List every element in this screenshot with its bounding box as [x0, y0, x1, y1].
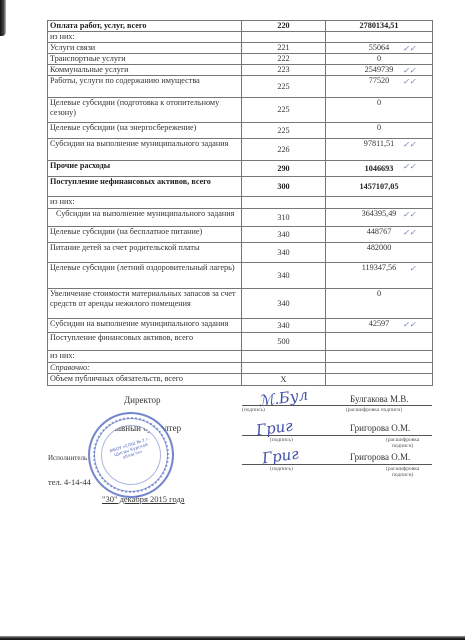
row-code: 290: [242, 161, 326, 177]
row-value: 77520✓✓: [326, 76, 433, 98]
executor-decode-caption: (расшифровка подписи): [386, 466, 419, 478]
row-value-text: 2549739: [365, 65, 394, 74]
executor-title: Исполнитель: [48, 454, 87, 462]
director-signature-caption: (подпись): [242, 407, 265, 413]
row-value-text: 2780134,51: [360, 21, 399, 30]
row-label: из них:: [48, 197, 242, 209]
table-row: Прочие расходы2901046693✓✓: [48, 161, 433, 177]
director-name: Булгакова М.В.: [350, 394, 409, 404]
row-label: Оплата работ, услуг, всего: [48, 21, 242, 32]
row-value: 2780134,51: [326, 21, 433, 32]
row-value: 2549739✓✓: [326, 65, 433, 76]
director-title: Директор: [124, 395, 161, 405]
table-row: из них:: [48, 197, 433, 209]
chief-accountant-signature-line: [242, 435, 432, 436]
checkmark-icon: ✓✓: [403, 320, 416, 330]
row-value-text: 1457107,05: [360, 182, 399, 191]
row-code: X: [242, 374, 326, 386]
row-value: [326, 351, 433, 363]
row-value-text: 55064: [369, 43, 389, 52]
row-value: [326, 374, 433, 386]
row-value: 0: [326, 289, 433, 319]
row-code: 225: [242, 98, 326, 123]
row-value-text: 97811,51: [364, 139, 394, 148]
table-row: Целевые субсидии (летний оздоровительный…: [48, 263, 433, 289]
row-label: Питание детей за счет родительской платы: [48, 243, 242, 263]
row-value-text: 448767: [367, 227, 392, 236]
table-row: Коммунальные услуги2232549739✓✓: [48, 65, 433, 76]
row-value: 55064✓✓: [326, 43, 433, 54]
row-label: Объем публичных обязательств, всего: [48, 374, 242, 386]
checkmark-icon: ✓✓: [403, 210, 416, 220]
table-row: Поступление нефинансовых активов, всего3…: [48, 177, 433, 197]
row-value-text: 77520: [369, 76, 389, 85]
row-value: [326, 363, 433, 374]
checkmark-icon: ✓✓: [403, 77, 416, 87]
table-row: Справочно:: [48, 363, 433, 374]
row-label: Целевые субсидии (на энергосбережение): [48, 123, 242, 139]
row-label: Поступление финансовых активов, всего: [48, 333, 242, 351]
table-row: Оплата работ, услуг, всего2202780134,51: [48, 21, 433, 32]
row-code: 340: [242, 289, 326, 319]
row-label: из них:: [48, 351, 242, 363]
checkmark-icon: ✓✓: [403, 140, 416, 150]
row-code: 340: [242, 227, 326, 243]
director-signature-line: [242, 405, 432, 406]
row-value: 1457107,05: [326, 177, 433, 197]
row-value: 482000: [326, 243, 433, 263]
row-value-text: 0: [377, 54, 381, 63]
director-decode-caption: (расшифровка подписи): [346, 407, 402, 413]
row-value: 1046693✓✓: [326, 161, 433, 177]
row-code: [242, 351, 326, 363]
checkmark-icon: ✓✓: [403, 44, 416, 54]
row-code: [242, 363, 326, 374]
row-label: Целевые субсидии (на бесплатное питание): [48, 227, 242, 243]
row-code: 220: [242, 21, 326, 32]
official-stamp: МБОУ «СОШ № 2 г. Щигры Курской области»: [88, 412, 174, 498]
row-code: 310: [242, 209, 326, 227]
table-row: Объем публичных обязательств, всегоX: [48, 374, 433, 386]
row-label: Работы, услуги по содержанию имущества: [48, 76, 242, 98]
checkmark-icon: ✓: [409, 264, 416, 274]
scan-bottom-edge: [0, 636, 465, 640]
row-label: Субсидии на выполнение муниципального за…: [48, 209, 242, 227]
row-code: 222: [242, 54, 326, 65]
row-value: 0: [326, 54, 433, 65]
table-row: Субсидии на выполнение муниципального за…: [48, 139, 433, 161]
table-row: Целевые субсидии (подготовка к отопитель…: [48, 98, 433, 123]
row-value: 119347,56✓: [326, 263, 433, 289]
table-row: из них:: [48, 351, 433, 363]
row-label: Услуги связи: [48, 43, 242, 54]
row-code: [242, 32, 326, 43]
checkmark-icon: ✓✓: [403, 162, 416, 172]
row-code: 340: [242, 243, 326, 263]
row-value: 97811,51✓✓: [326, 139, 433, 161]
row-label: Субсидии на выполнение муниципального за…: [48, 139, 242, 161]
financial-report-table: Оплата работ, услуг, всего2202780134,51и…: [47, 20, 433, 386]
row-label: Увеличение стоимости материальных запасо…: [48, 289, 242, 319]
row-code: 225: [242, 123, 326, 139]
row-code: 223: [242, 65, 326, 76]
table-row: Поступление финансовых активов, всего500: [48, 333, 433, 351]
row-value: 364395,49✓✓: [326, 209, 433, 227]
table-row: Целевые субсидии (на бесплатное питание)…: [48, 227, 433, 243]
row-label: Прочие расходы: [48, 161, 242, 177]
row-code: 300: [242, 177, 326, 197]
executor-signature-caption: (подпись): [270, 466, 293, 472]
row-code: 226: [242, 139, 326, 161]
chief-accountant-decode-caption: (расшифровка подписи): [386, 437, 419, 449]
checkmark-icon: ✓✓: [403, 228, 416, 238]
row-value-text: 1046693: [365, 164, 394, 173]
row-value-text: 42597: [369, 319, 389, 328]
row-label: Коммунальные услуги: [48, 65, 242, 76]
row-value-text: 0: [377, 289, 381, 298]
executor-signature-line: [242, 464, 432, 465]
row-value: [326, 197, 433, 209]
table-row: Работы, услуги по содержанию имущества22…: [48, 76, 433, 98]
row-value: 0: [326, 98, 433, 123]
chief-accountant-signature-caption: (подпись): [270, 437, 293, 443]
row-label: Целевые субсидии (летний оздоровительный…: [48, 263, 242, 289]
row-value: [326, 32, 433, 43]
row-label: Целевые субсидии (подготовка к отопитель…: [48, 98, 242, 123]
row-value-text: 482000: [367, 243, 392, 252]
executor-name: Григорова О.М.: [350, 452, 410, 462]
scan-edge-artifact: [0, 0, 6, 36]
row-value: 42597✓✓: [326, 319, 433, 333]
row-code: 221: [242, 43, 326, 54]
row-label: Транспортные услуги: [48, 54, 242, 65]
table-row: Увеличение стоимости материальных запасо…: [48, 289, 433, 319]
table-row: Транспортные услуги2220: [48, 54, 433, 65]
row-code: 500: [242, 333, 326, 351]
row-label: из них:: [48, 32, 242, 43]
row-code: [242, 197, 326, 209]
row-value-text: 0: [377, 98, 381, 107]
row-code: 340: [242, 263, 326, 289]
table-row: Целевые субсидии (на энергосбережение)22…: [48, 123, 433, 139]
row-code: 340: [242, 319, 326, 333]
row-value: 448767✓✓: [326, 227, 433, 243]
row-value-text: 119347,56: [362, 263, 397, 272]
row-value: 0: [326, 123, 433, 139]
table-row: Питание детей за счет родительской платы…: [48, 243, 433, 263]
row-label: Поступление нефинансовых активов, всего: [48, 177, 242, 197]
row-label: Субсидии на выполнение муниципального за…: [48, 319, 242, 333]
row-code: 225: [242, 76, 326, 98]
row-value: [326, 333, 433, 351]
table-row: Субсидии на выполнение муниципального за…: [48, 209, 433, 227]
row-value-text: 0: [377, 123, 381, 132]
phone-number: тел. 4-14-44: [48, 477, 91, 487]
table-row: из них:: [48, 32, 433, 43]
chief-accountant-name: Григорова О.М.: [350, 423, 410, 433]
row-value-text: 364395,49: [362, 209, 397, 218]
checkmark-icon: ✓✓: [403, 66, 416, 76]
row-label: Справочно:: [48, 363, 242, 374]
table-row: Субсидии на выполнение муниципального за…: [48, 319, 433, 333]
table-row: Услуги связи22155064✓✓: [48, 43, 433, 54]
